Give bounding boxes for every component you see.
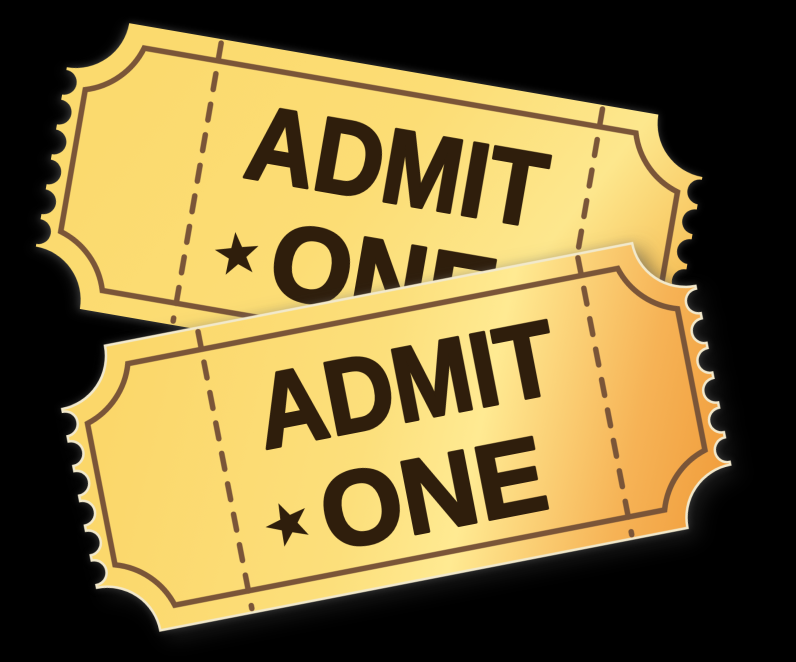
tickets-scene: ADMIT ONE ADMIT ONE	[0, 0, 796, 662]
tickets-illustration: ADMIT ONE ADMIT ONE	[0, 0, 796, 662]
